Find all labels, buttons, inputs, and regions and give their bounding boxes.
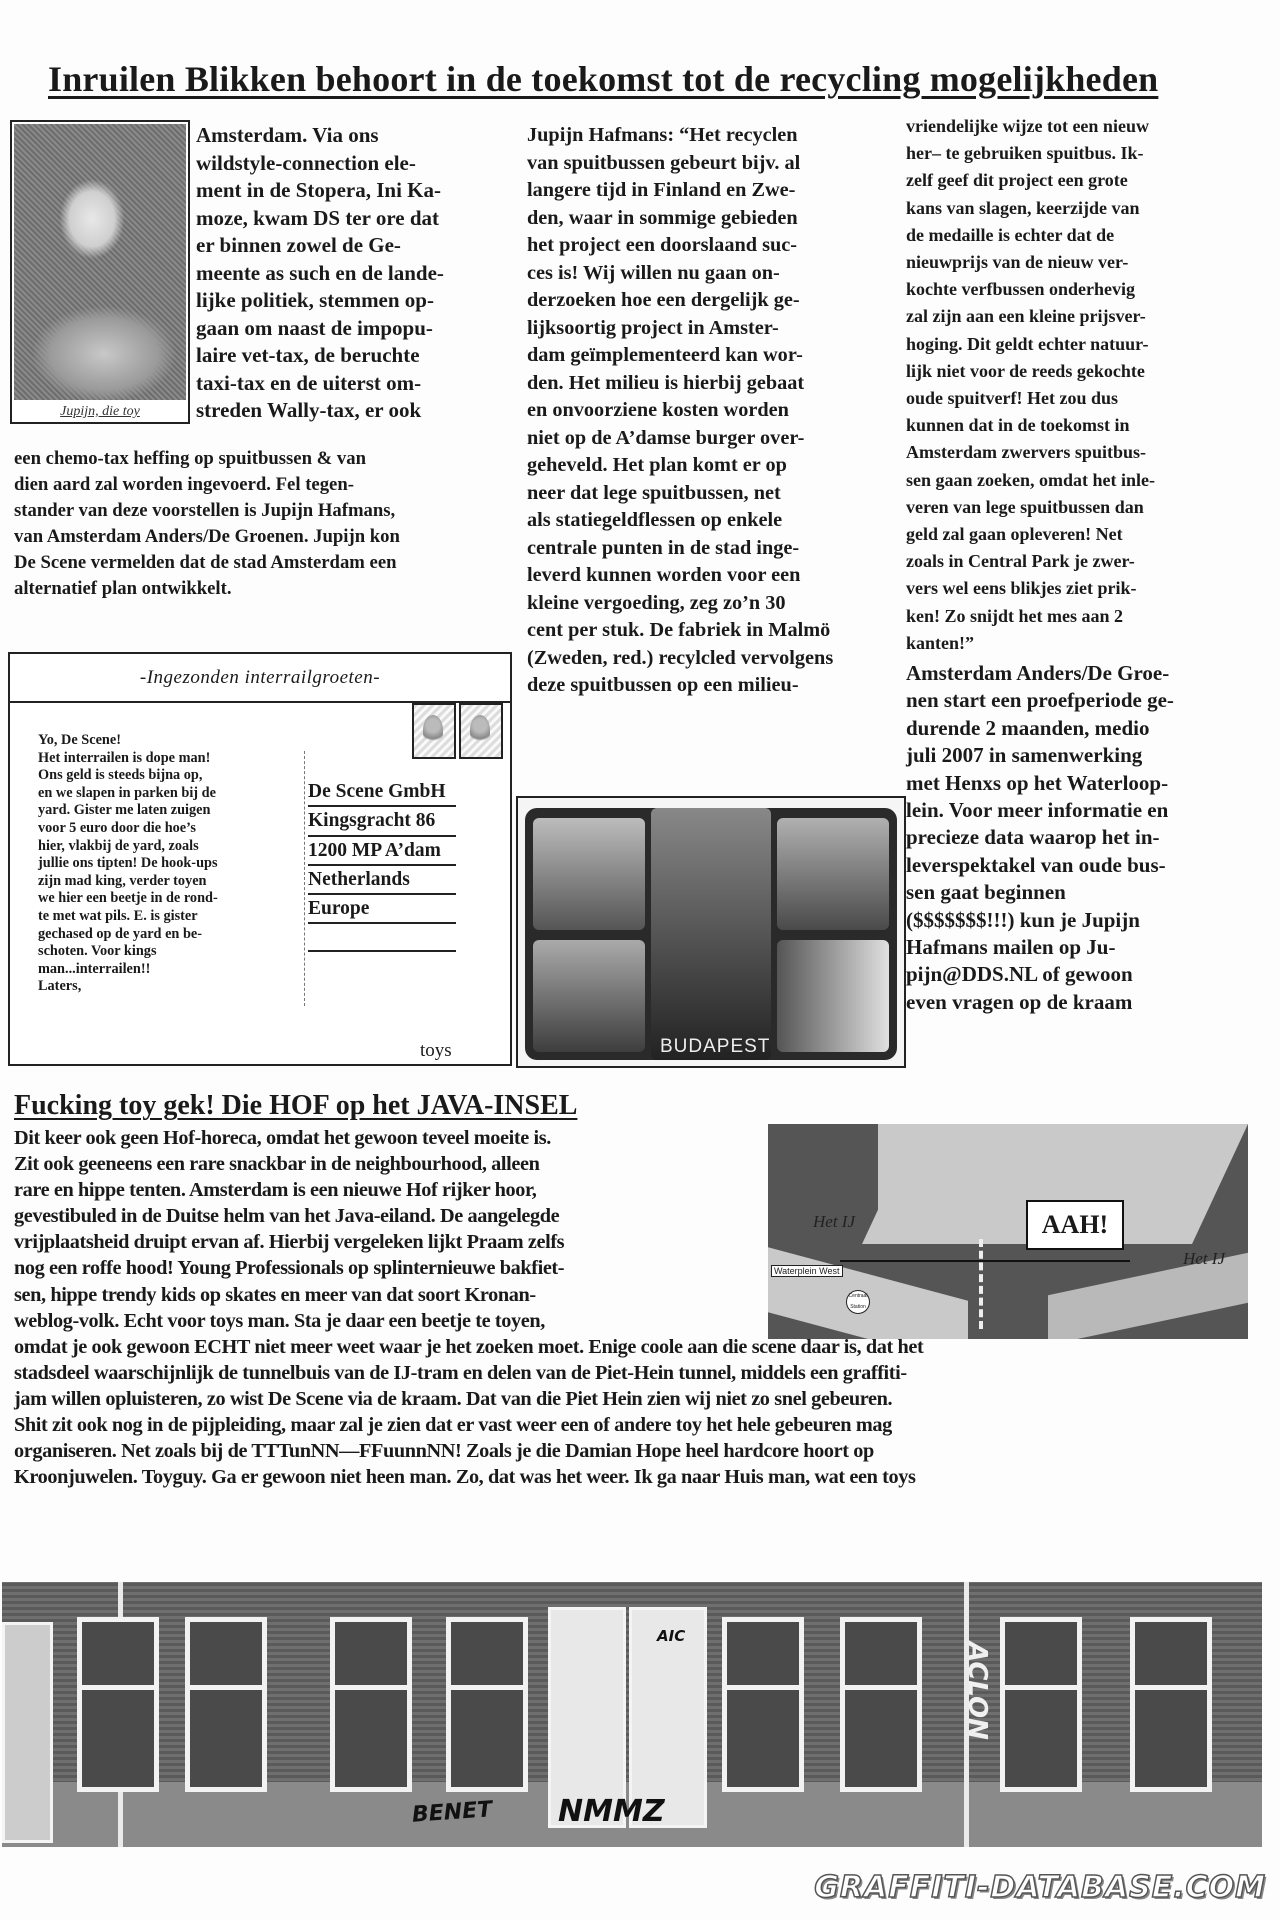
text-line: derzoeken hoe een dergelijk ge-: [527, 287, 897, 315]
collage-tile: [651, 808, 771, 1060]
text-line: gevestibuled in de Duitse helm van het J…: [14, 1203, 774, 1229]
postcard-divider: [304, 751, 305, 1006]
speech-bubble: AAH!: [1026, 1200, 1124, 1250]
map-station-label: Waterplein West: [771, 1265, 843, 1277]
text-line: zelf geef dit project een grote: [906, 167, 1276, 194]
text-line: leverspektakel van oude bus-: [906, 852, 1276, 879]
text-line: den, waar in sommige gebieden: [527, 205, 897, 233]
window: [330, 1617, 412, 1792]
text-line: dam geïmplementeerd kan wor-: [527, 342, 897, 370]
address-line: 1200 MP A’dam: [308, 837, 456, 866]
stamp-icon: [459, 703, 503, 759]
text-line: neer dat lege spuitbussen, net: [527, 480, 897, 508]
address-blank-line: [308, 924, 456, 952]
portrait-photo: Jupijn, die toy: [10, 120, 190, 424]
text-line: hoging. Dit geldt echter natuur-: [906, 331, 1276, 358]
graffiti-tag: ACLON: [962, 1642, 992, 1740]
text-line: langere tijd in Finland en Zwe-: [527, 177, 897, 205]
budapest-collage: BUDAPEST: [525, 808, 897, 1060]
window: [1130, 1617, 1212, 1792]
text-line: nog een roffe hood! Young Professionals …: [14, 1255, 774, 1281]
article-column-1: Amsterdam. Via ons wildstyle-connection …: [196, 122, 516, 425]
text-line: een chemo-tax heffing op spuitbussen & v…: [14, 446, 519, 472]
text-line: durende 2 maanden, medio: [906, 715, 1276, 742]
text-line: voor 5 euro door die hoe’s: [38, 820, 288, 838]
text-line: juli 2007 in samenwerking: [906, 742, 1276, 769]
address-line: De Scene GmbH: [308, 778, 456, 807]
postcard-address: De Scene GmbH Kingsgracht 86 1200 MP A’d…: [308, 778, 456, 952]
text-line: zoals in Central Park je zwer-: [906, 548, 1276, 575]
article-2-headline: Fucking toy gek! Die HOF op het JAVA-INS…: [14, 1090, 577, 1122]
text-line: er binnen zowel de Ge-: [196, 232, 516, 260]
text-line: schoten. Voor kings: [38, 943, 288, 961]
text-line: we hier een beetje in de rond-: [38, 890, 288, 908]
map-water-label: Het IJ: [1183, 1249, 1225, 1269]
collage-tile: [777, 940, 889, 1052]
text-line: Laters,: [38, 978, 288, 996]
text-line: vers wel eens blikjes ziet prik-: [906, 575, 1276, 602]
text-line: centrale punten in de stad inge-: [527, 535, 897, 563]
map-water-label: Het IJ: [813, 1212, 855, 1232]
text-line: even vragen op de kraam: [906, 989, 1276, 1016]
text-line: vriendelijke wijze tot een nieuw: [906, 113, 1276, 140]
article-column-3-continued: Amsterdam Anders/De Groe- nen start een …: [906, 660, 1276, 1016]
graffiti-tag: AIC: [657, 1627, 685, 1645]
text-line: Amsterdam. Via ons: [196, 122, 516, 150]
text-line: kanten!”: [906, 630, 1276, 657]
text-line: Het interrailen is dope man!: [38, 750, 288, 768]
door-panel: [2, 1622, 53, 1843]
budapest-postcard-image: BUDAPEST: [516, 796, 906, 1068]
text-line: yard. Gister me laten zuigen: [38, 802, 288, 820]
text-line: het project een doorslaand suc-: [527, 232, 897, 260]
text-line: taxi-tax en de uiterst om-: [196, 370, 516, 398]
text-line: lijke politiek, stemmen op-: [196, 287, 516, 315]
text-line: met Henxs op het Waterloop-: [906, 770, 1276, 797]
graffiti-wall-photo: BENET NMMZ ACLON AIC: [2, 1582, 1262, 1847]
text-line: sen gaat beginnen: [906, 879, 1276, 906]
photo-caption: Jupijn, die toy: [12, 404, 188, 420]
text-line: geheveld. Het plan komt er op: [527, 452, 897, 480]
text-line: stander van deze voorstellen is Jupijn H…: [14, 498, 519, 524]
text-line: ken! Zo snijdt het mes aan 2: [906, 603, 1276, 630]
text-line: veren van lege spuitbussen dan: [906, 494, 1276, 521]
address-line: Kingsgracht 86: [308, 807, 456, 836]
text-line: sen, hippe trendy kids op skates en meer…: [14, 1282, 774, 1308]
text-line: her– te gebruiken spuitbus. Ik-: [906, 140, 1276, 167]
text-line: ces is! Wij willen nu gaan on-: [527, 260, 897, 288]
text-line: rare en hippe tenten. Amsterdam is een n…: [14, 1177, 774, 1203]
address-line: Europe: [308, 895, 456, 924]
text-line: gaan om naast de impopu-: [196, 315, 516, 343]
text-line: stadsdeel waarschijnlijk de tunnelbuis v…: [14, 1360, 1264, 1386]
text-line: lein. Voor meer informatie en: [906, 797, 1276, 824]
stamp-icon: [412, 703, 456, 759]
text-line: weblog-volk. Echt voor toys man. Sta je …: [14, 1308, 774, 1334]
collage-tile: [533, 818, 645, 930]
text-line: cent per stuk. De fabriek in Malmö: [527, 617, 897, 645]
text-line: hier, vlakbij de yard, zoals: [38, 838, 288, 856]
text-line: sen gaan zoeken, omdat het inle-: [906, 467, 1276, 494]
text-line: geld zal gaan opleveren! Net: [906, 521, 1276, 548]
map-central-station-label: Centraal Station: [846, 1290, 870, 1314]
text-line: Amsterdam Anders/De Groe-: [906, 660, 1276, 687]
text-line: kans van slagen, keerzijde van: [906, 195, 1276, 222]
text-line: Dit keer ook geen Hof-horeca, omdat het …: [14, 1125, 774, 1151]
window: [1000, 1617, 1082, 1792]
article-column-1-continued: een chemo-tax heffing op spuitbussen & v…: [14, 446, 519, 602]
text-line: niet op de A’damse burger over-: [527, 425, 897, 453]
text-line: laire vet-tax, de beruchte: [196, 342, 516, 370]
address-line: Netherlands: [308, 866, 456, 895]
budapest-label: BUDAPEST: [660, 1036, 770, 1058]
text-line: de medaille is echter dat de: [906, 222, 1276, 249]
text-line: lijksoortig project in Amster-: [527, 315, 897, 343]
window: [722, 1617, 804, 1792]
text-line: Hafmans mailen op Ju-: [906, 934, 1276, 961]
text-line: als statiegeldflessen op enkele: [527, 507, 897, 535]
text-line: (Zweden, red.) recylcled vervolgens: [527, 645, 897, 673]
text-line: van spuitbussen gebeurt bijv. al: [527, 150, 897, 178]
text-line: jullie ons tipten! De hook-ups: [38, 855, 288, 873]
text-line: dien aard zal worden ingevoerd. Fel tege…: [14, 472, 519, 498]
text-line: De Scene vermelden dat de stad Amsterdam…: [14, 550, 519, 576]
text-line: kleine vergoeding, zeg zo’n 30: [527, 590, 897, 618]
text-line: wildstyle-connection ele-: [196, 150, 516, 178]
text-line: moze, kwam DS ter ore dat: [196, 205, 516, 233]
text-line: leverd kunnen worden voor een: [527, 562, 897, 590]
text-line: precieze data waarop het in-: [906, 824, 1276, 851]
article-column-2: Jupijn Hafmans: “Het recyclen van spuitb…: [527, 122, 897, 700]
map-image: Het IJ Het IJ Waterplein West Centraal S…: [768, 1124, 1248, 1339]
text-line: en we slapen in parken bij de: [38, 785, 288, 803]
tunnel-route-line: [840, 1260, 1130, 1262]
text-line: nieuwprijs van de nieuw ver-: [906, 249, 1276, 276]
text-line: kunnen dat in de toekomst in: [906, 412, 1276, 439]
text-line: pijn@DDS.NL of gewoon: [906, 961, 1276, 988]
text-line: zal zijn aan een kleine prijsver-: [906, 303, 1276, 330]
text-line: streden Wally-tax, er ook: [196, 397, 516, 425]
window: [446, 1617, 528, 1792]
postcard-message: Yo, De Scene! Het interrailen is dope ma…: [38, 732, 288, 996]
window: [77, 1617, 159, 1792]
text-line: van Amsterdam Anders/De Groenen. Jupijn …: [14, 524, 519, 550]
graffiti-tag: NMMZ: [558, 1794, 665, 1829]
text-line: zijn mad king, verder toyen: [38, 873, 288, 891]
window: [840, 1617, 922, 1792]
text-line: Kroonjuwelen. Toyguy. Ga er gewoon niet …: [14, 1464, 1264, 1490]
text-line: vrijplaatsheid druipt ervan af. Hierbij …: [14, 1229, 774, 1255]
text-line: meente as such en de lande-: [196, 260, 516, 288]
text-line: lijk niet voor de reeds gekochte: [906, 358, 1276, 385]
text-line: gechased op de yard en be-: [38, 926, 288, 944]
text-line: organiseren. Net zoals bij de TTTunNN—FF…: [14, 1438, 1264, 1464]
text-line: kochte verfbussen onderhevig: [906, 276, 1276, 303]
postcard-header: -Ingezonden interrailgroeten-: [10, 654, 510, 703]
text-line: ment in de Stopera, Ini Ka-: [196, 177, 516, 205]
window: [185, 1617, 267, 1792]
text-line: oude spuitverf! Het zou dus: [906, 385, 1276, 412]
text-line: Zit ook geeneens een rare snackbar in de…: [14, 1151, 774, 1177]
postcard-signature: toys: [420, 1040, 452, 1062]
text-line: jam willen opluisteren, zo wist De Scene…: [14, 1386, 1264, 1412]
text-line: nen start een proefperiode ge-: [906, 687, 1276, 714]
text-line: alternatief plan ontwikkelt.: [14, 576, 519, 602]
article-column-3: vriendelijke wijze tot een nieuw her– te…: [906, 113, 1276, 657]
ferry-route-line: [979, 1239, 983, 1329]
watermark-logo: GRAFFITI-DATABASE.COM: [814, 1870, 1266, 1905]
text-line: Yo, De Scene!: [38, 732, 288, 750]
portrait-image: [14, 124, 186, 400]
text-line: ($$$$$$$!!!) kun je Jupijn: [906, 907, 1276, 934]
text-line: Jupijn Hafmans: “Het recyclen: [527, 122, 897, 150]
text-line: Shit zit ook nog in de pijpleiding, maar…: [14, 1412, 1264, 1438]
text-line: den. Het milieu is hierbij gebaat: [527, 370, 897, 398]
text-line: te met wat pils. E. is gister: [38, 908, 288, 926]
collage-tile: [777, 818, 889, 930]
text-line: deze spuitbussen op een milieu-: [527, 672, 897, 700]
text-line: man...interrailen!!: [38, 961, 288, 979]
article-headline: Inruilen Blikken behoort in de toekomst …: [48, 58, 1208, 100]
text-line: en onvoorziene kosten worden: [527, 397, 897, 425]
text-line: Ons geld is steeds bijna op,: [38, 767, 288, 785]
collage-tile: [533, 940, 645, 1052]
text-line: Amsterdam zwervers spuitbus-: [906, 439, 1276, 466]
